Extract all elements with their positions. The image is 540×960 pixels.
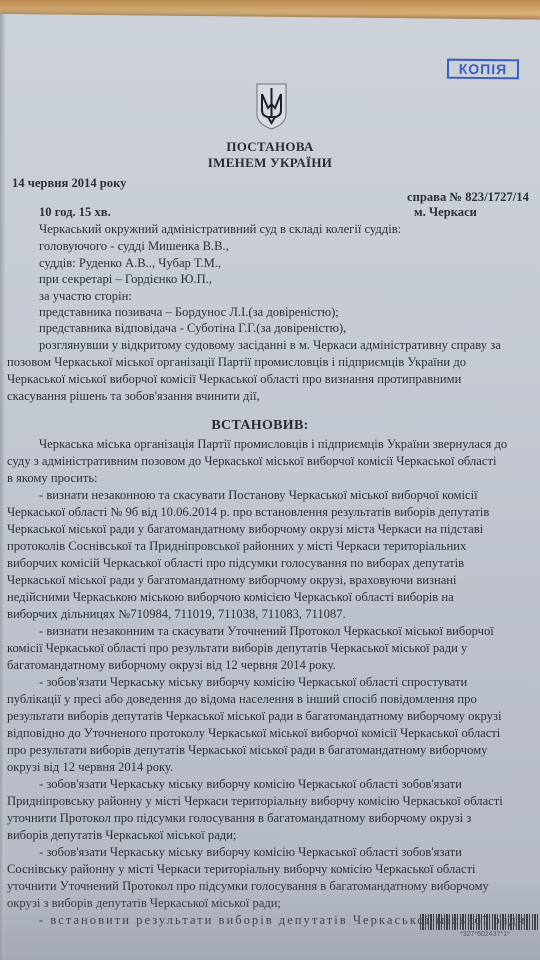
body-line: комісії Черкаської області про результат… — [7, 641, 467, 656]
court-line: за участю сторін: — [39, 289, 132, 304]
body-line: Придніпровську районну у місті Черкаси т… — [7, 794, 503, 809]
body-line: Черкаської міської ради у багатомандатно… — [7, 522, 483, 537]
body-line: про результати виборів депутатів Черкась… — [7, 743, 487, 758]
court-line: представника відповідача - Суботіна Г.Г.… — [39, 321, 346, 336]
body-line: Черкаської міської ради у багатомандатно… — [7, 573, 457, 588]
photo-shadow — [0, 880, 540, 960]
body-line: протоколів Соснівської та Придніпровсько… — [7, 539, 466, 554]
court-line: представника позивача – Бордунос Л.І.(за… — [39, 305, 339, 320]
document-title: ПОСТАНОВА — [0, 139, 540, 155]
body-line: виборчих дільницях №710984, 711019, 7110… — [7, 607, 346, 622]
intro-line: Черкаської міської виборчої комісії Черк… — [7, 372, 461, 387]
body-line: виборчих комісій Черкаської області про … — [7, 556, 464, 571]
ukraine-trident-coat-of-arms-icon — [255, 82, 288, 130]
intro-line: розглянувши у відкритому судовому засіда… — [39, 338, 501, 353]
city: м. Черкаси — [414, 205, 477, 220]
body-line: окрузі від 12 червня 2014 року. — [7, 760, 173, 775]
body-line: виборів депутатів Черкаської міської рад… — [7, 828, 236, 843]
document-subtitle: ІМЕНЕМ УКРАЇНИ — [0, 155, 540, 171]
body-line: Черкаської області № 9б від 10.06.2014 р… — [7, 505, 489, 520]
body-line: недійсними Черкаською міською виборчою к… — [7, 590, 454, 605]
body-line: результати виборів депутатів Черкаської … — [7, 709, 501, 724]
section-heading: ВСТАНОВИВ: — [0, 418, 530, 434]
body-line: - зобов'язати Черкаську міську виборчу к… — [39, 777, 462, 792]
body-line: уточнити Протокол про підсумки голосуван… — [7, 811, 471, 826]
case-number: справа № 823/1727/14 — [407, 190, 529, 205]
hearing-time: 10 год. 15 хв. — [39, 205, 111, 220]
court-line: суддів: Руденко А.В.., Чубар Т.М., — [39, 256, 221, 271]
court-line: головуючого - судді Мишенка В.В., — [39, 239, 229, 254]
body-line: - зобов'язати Черкаську міську виборчу к… — [39, 845, 462, 860]
body-line: відповідно до Уточненого протоколу Черка… — [7, 726, 500, 741]
body-line: - визнати незаконним та скасувати Уточне… — [39, 624, 494, 639]
body-line: Черкаська міська організація Партії пром… — [39, 437, 507, 452]
body-line: суду з адміністративним позовом до Черка… — [7, 454, 497, 469]
body-line: - зобов'язати Черкаську міську виборчу к… — [39, 675, 467, 690]
intro-line: скасування рішень та зобов'язання вчинит… — [7, 389, 260, 404]
body-line: в якому просить: — [7, 471, 98, 486]
court-line: Черкаський окружний адміністративний суд… — [39, 222, 401, 237]
intro-line: позовом Черкаської міської організації П… — [7, 355, 466, 370]
body-line: - визнати незаконною та скасувати Постан… — [39, 488, 478, 503]
body-line: Соснівську районну у місті Черкаси терит… — [7, 862, 475, 877]
court-line: при секретарі – Гордієнко Ю.П., — [39, 272, 212, 287]
body-line: публікації у пресі або доведення до відо… — [7, 692, 477, 707]
body-line: багатомандатному виборчому окрузі від 12… — [7, 658, 336, 673]
document-date: 14 червня 2014 року — [12, 176, 126, 191]
copy-stamp: КОПІЯ — [447, 59, 519, 80]
